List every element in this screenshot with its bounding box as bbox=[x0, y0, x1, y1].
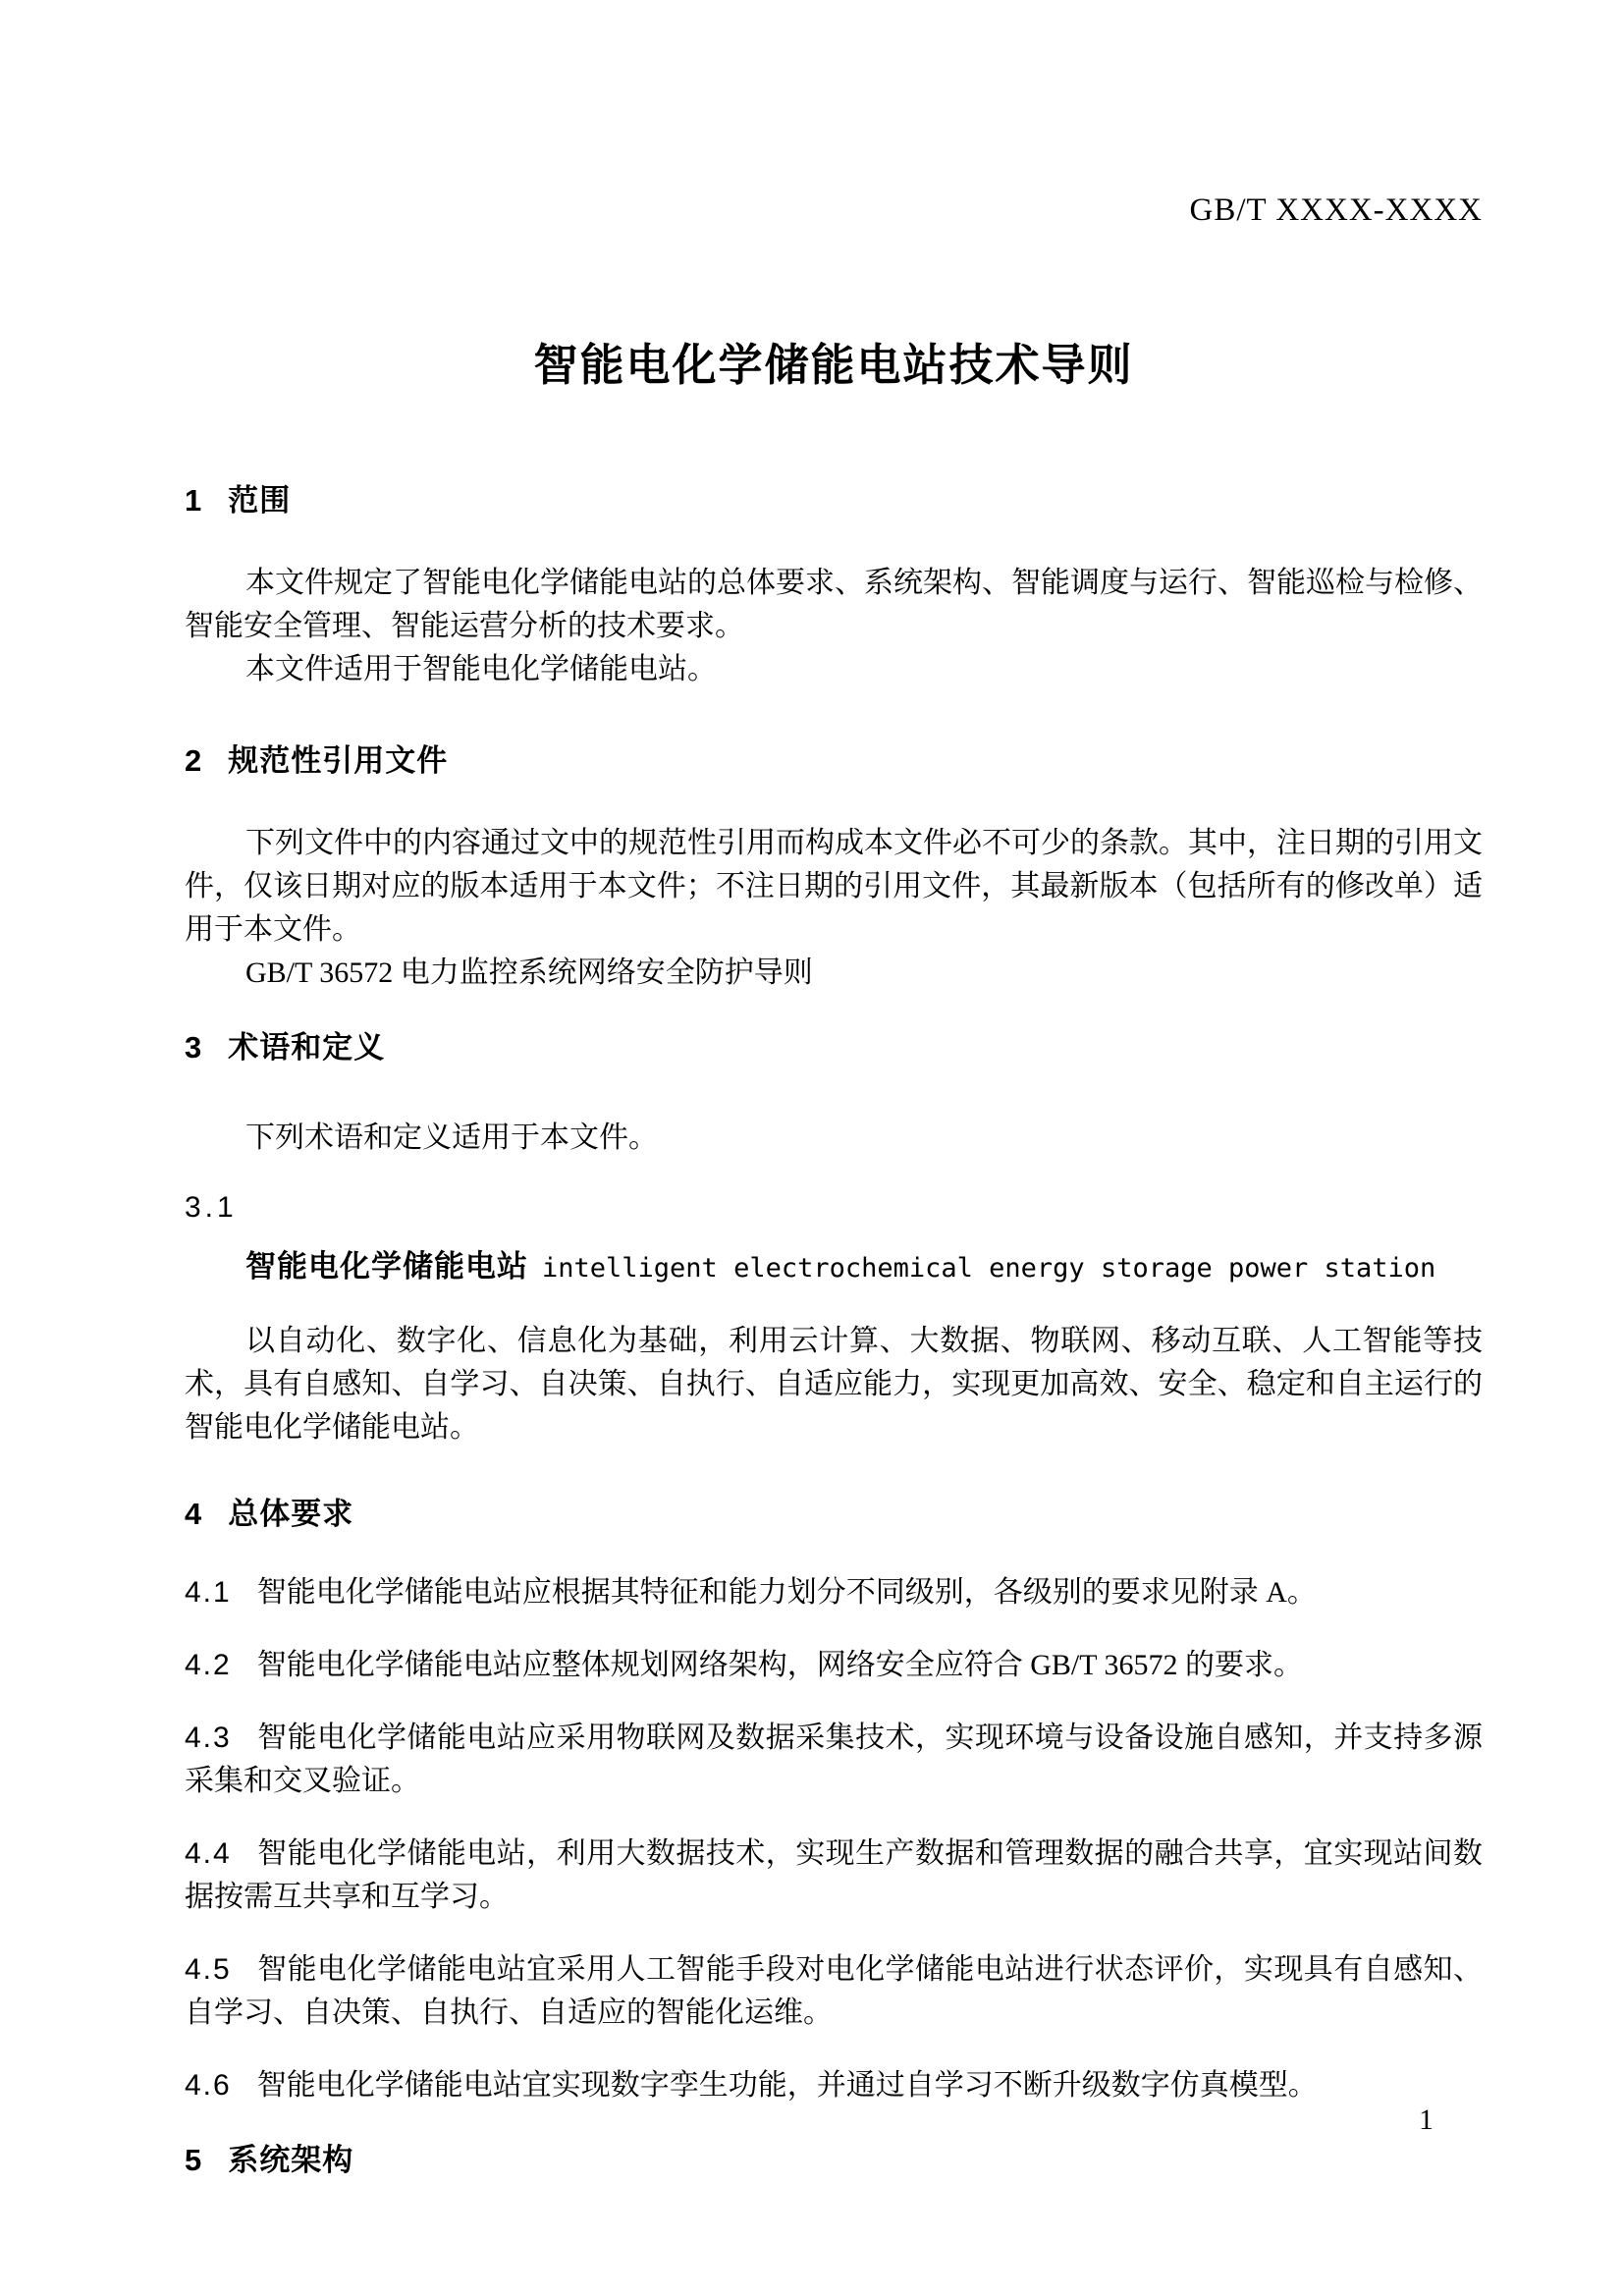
clause-4-5: 4.5智能电化学储能电站宜采用人工智能手段对电化学储能电站进行状态评价，实现具有… bbox=[185, 1948, 1483, 2035]
clause-4-3-text: 智能电化学储能电站应采用物联网及数据采集技术，实现环境与设备设施自感知，并支持多… bbox=[185, 1722, 1483, 1797]
section-4-title: 总体要求 bbox=[228, 1497, 353, 1531]
term-en: intelligent electrochemical energy stora… bbox=[542, 1253, 1435, 1284]
section-5-heading: 5系统架构 bbox=[185, 2141, 1483, 2180]
section-1-title: 范围 bbox=[228, 483, 291, 518]
clause-4-2-text: 智能电化学储能电站应整体规划网络架构，网络安全应符合 GB/T 36572 的要… bbox=[257, 1649, 1303, 1681]
section-3-number: 3 bbox=[185, 1030, 202, 1065]
page-number: 1 bbox=[1419, 2104, 1434, 2137]
section-1-paragraph-2: 本文件适用于智能电化学储能电站。 bbox=[185, 648, 1483, 691]
section-3-title: 术语和定义 bbox=[228, 1030, 385, 1065]
section-4-heading: 4总体要求 bbox=[185, 1495, 1483, 1534]
clause-4-6: 4.6智能电化学储能电站宜实现数字孪生功能，并通过自学习不断升级数字仿真模型。 bbox=[185, 2064, 1483, 2107]
term-definition: 以自动化、数字化、信息化为基础，利用云计算、大数据、物联网、移动互联、人工智能等… bbox=[185, 1320, 1483, 1449]
clause-4-1-number: 4.1 bbox=[185, 1576, 232, 1609]
section-1-heading: 1范围 bbox=[185, 481, 1483, 520]
clause-4-5-number: 4.5 bbox=[185, 1953, 232, 1986]
clause-4-3-number: 4.3 bbox=[185, 1722, 232, 1754]
section-2-paragraph-1: 下列文件中的内容通过文中的规范性引用而构成本文件必不可少的条款。其中，注日期的引… bbox=[185, 822, 1483, 952]
section-3-paragraph-1: 下列术语和定义适用于本文件。 bbox=[185, 1117, 1483, 1160]
clause-4-1-text: 智能电化学储能电站应根据其特征和能力划分不同级别，各级别的要求见附录 A。 bbox=[257, 1576, 1317, 1609]
section-1-number: 1 bbox=[185, 483, 202, 518]
document-page: GB/T XXXX-XXXX 智能电化学储能电站技术导则 1范围 本文件规定了智… bbox=[0, 0, 1623, 2296]
section-4-number: 4 bbox=[185, 1497, 202, 1531]
term-zh: 智能电化学储能电站 bbox=[245, 1249, 528, 1284]
clause-4-4: 4.4智能电化学储能电站，利用大数据技术，实现生产数据和管理数据的融合共享，宜实… bbox=[185, 1832, 1483, 1919]
clause-4-1: 4.1智能电化学储能电站应根据其特征和能力划分不同级别，各级别的要求见附录 A。 bbox=[185, 1571, 1483, 1614]
clause-4-6-text: 智能电化学储能电站宜实现数字孪生功能，并通过自学习不断升级数字仿真模型。 bbox=[257, 2069, 1318, 2102]
term-line: 智能电化学储能电站intelligent electrochemical ene… bbox=[185, 1245, 1483, 1290]
section-5-title: 系统架构 bbox=[228, 2143, 353, 2177]
section-5-number: 5 bbox=[185, 2143, 202, 2177]
term-clause-number: 3.1 bbox=[185, 1186, 1483, 1230]
clause-4-6-number: 4.6 bbox=[185, 2069, 232, 2102]
clause-4-2: 4.2智能电化学储能电站应整体规划网络架构，网络安全应符合 GB/T 36572… bbox=[185, 1644, 1483, 1687]
section-1-paragraph-1: 本文件规定了智能电化学储能电站的总体要求、系统架构、智能调度与运行、智能巡检与检… bbox=[185, 562, 1483, 648]
clause-4-5-text: 智能电化学储能电站宜采用人工智能手段对电化学储能电站进行状态评价，实现具有自感知… bbox=[185, 1953, 1483, 2029]
doc-number: GB/T XXXX-XXXX bbox=[185, 192, 1483, 228]
doc-title: 智能电化学储能电站技术导则 bbox=[185, 338, 1483, 393]
clause-4-2-number: 4.2 bbox=[185, 1649, 232, 1681]
section-2-reference: GB/T 36572 电力监控系统网络安全防护导则 bbox=[185, 952, 1483, 995]
clause-4-3: 4.3智能电化学储能电站应采用物联网及数据采集技术，实现环境与设备设施自感知，并… bbox=[185, 1717, 1483, 1803]
section-2-title: 规范性引用文件 bbox=[228, 743, 448, 778]
clause-4-4-text: 智能电化学储能电站，利用大数据技术，实现生产数据和管理数据的融合共享，宜实现站间… bbox=[185, 1837, 1483, 1913]
clause-4-4-number: 4.4 bbox=[185, 1837, 232, 1870]
section-2-number: 2 bbox=[185, 743, 202, 778]
section-3-heading: 3术语和定义 bbox=[185, 1028, 1483, 1067]
section-2-heading: 2规范性引用文件 bbox=[185, 741, 1483, 781]
